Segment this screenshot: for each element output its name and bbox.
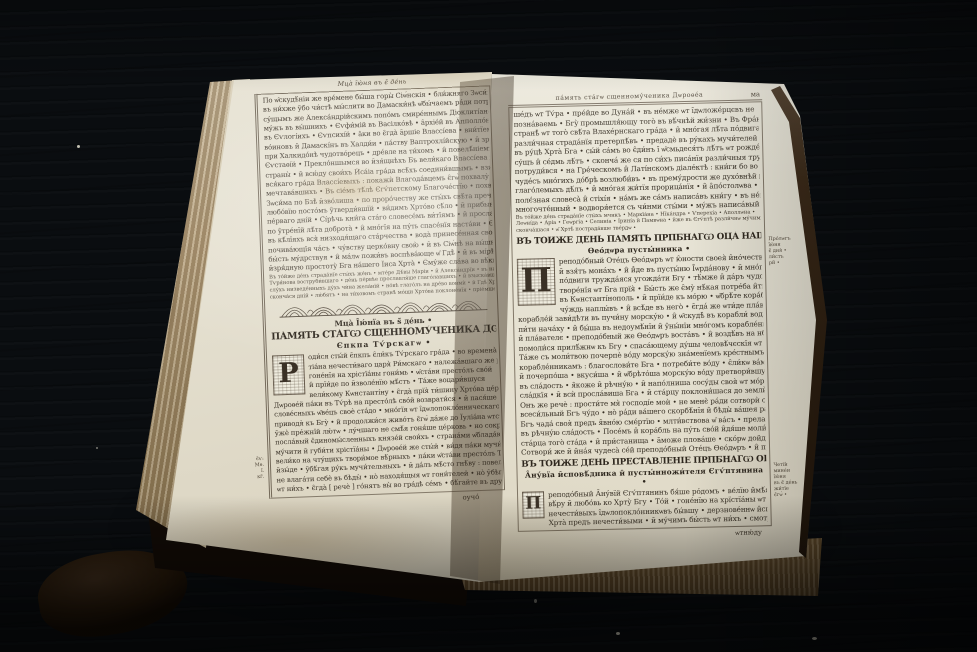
photo-of-open-antique-book: Мца̀ і̑ю́ня въ є̃ де́нь По ѡ̑скудѣ́ніи ж… — [0, 0, 977, 652]
photo-vignette — [0, 0, 977, 652]
